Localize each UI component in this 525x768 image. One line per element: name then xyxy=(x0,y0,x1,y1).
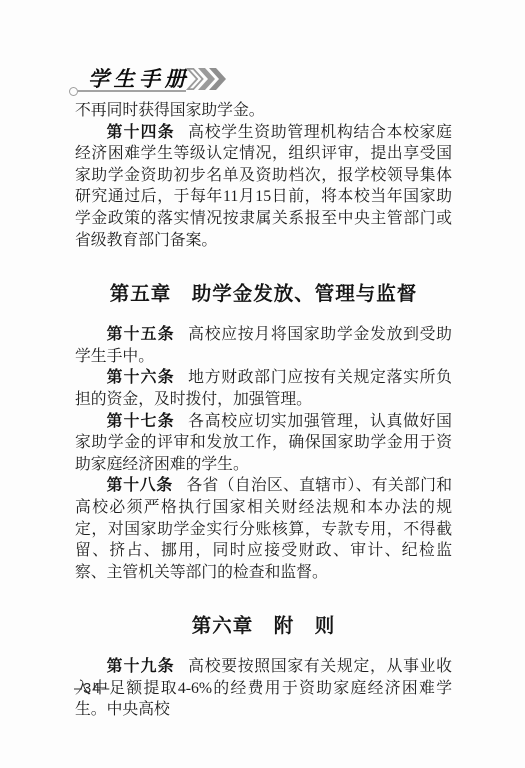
chapter-6-heading: 第六章 附 则 xyxy=(75,613,452,640)
article-15-label: 第十五条 xyxy=(107,326,175,343)
article-18-paragraph: 第十八条各省（自治区、直辖市）、有关部门和高校必须严格执行国家相关财经法规和本办… xyxy=(75,475,452,583)
document-body: 不再同时获得国家助学金。 第十四条高校学生资助管理机构结合本校家庭经济困难学生等… xyxy=(75,100,452,721)
article-15-paragraph: 第十五条高校应按月将国家助学金发放到受助学生手中。 xyxy=(75,324,452,367)
page-header: 学生手册 xyxy=(68,63,268,99)
article-19-paragraph: 第十九条高校要按照国家有关规定，从事业收入中足额提取4-6%的经费用于资助家庭经… xyxy=(75,656,452,721)
handbook-title: 学生手册 xyxy=(88,63,190,93)
article-18-label: 第十八条 xyxy=(107,477,173,494)
page-number: –34– xyxy=(74,681,110,697)
scanned-book-page: 学生手册 不再同时获得国家助学金。 第十四条高校学生资助管理机构结合本校家庭经济… xyxy=(0,0,525,768)
triple-right-chevron-icon xyxy=(186,67,230,91)
article-16-paragraph: 第十六条地方财政部门应按有关规定落实所负担的资金，及时拨付，加强管理。 xyxy=(75,367,452,410)
article-17-paragraph: 第十七条各高校应切实加强管理，认真做好国家助学金的评审和发放工作，确保国家助学金… xyxy=(75,411,452,476)
article-14-label: 第十四条 xyxy=(107,124,175,141)
article-19-label: 第十九条 xyxy=(107,658,175,675)
article-16-label: 第十六条 xyxy=(107,369,175,386)
header-circle-decoration xyxy=(69,87,78,96)
article-14-text: 高校学生资助管理机构结合本校家庭经济困难学生等级认定情况，组织评审，提出享受国家… xyxy=(75,124,452,249)
article-17-label: 第十七条 xyxy=(107,413,175,430)
paragraph-continuation: 不再同时获得国家助学金。 xyxy=(75,100,452,122)
chapter-5-heading: 第五章 助学金发放、管理与监督 xyxy=(75,281,452,308)
article-14-paragraph: 第十四条高校学生资助管理机构结合本校家庭经济困难学生等级认定情况，组织评审，提出… xyxy=(75,122,452,252)
